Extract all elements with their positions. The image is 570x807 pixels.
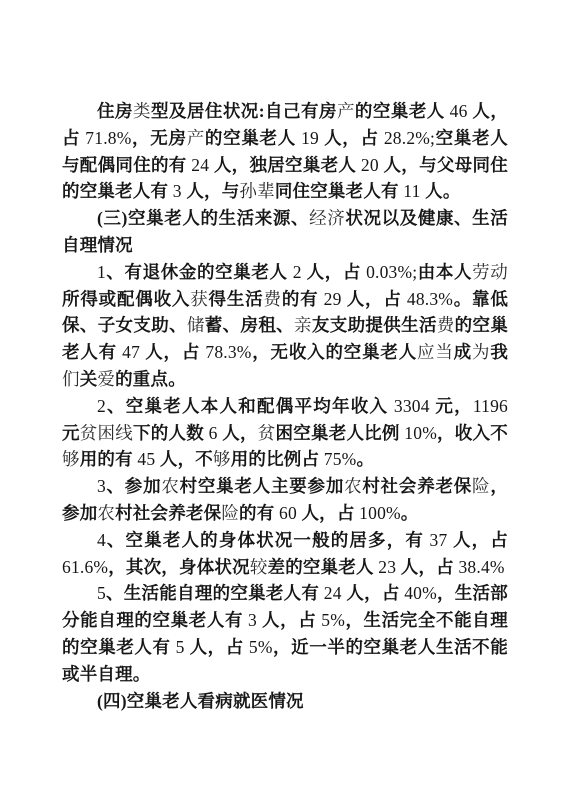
heading-section-four: (四)空巢老人看病就医情况 [62,688,508,715]
cjk-text: 的有 [282,289,319,309]
numeric-text: 1 [97,262,106,282]
numeric-text: 71.8% [80,128,131,148]
cjk-text: 贫 [258,423,276,443]
numeric-text: 78.3% [200,342,251,362]
cjk-text: ，收入不 [437,423,508,443]
cjk-text: 为 [472,342,490,362]
para-pension-insurance: 3、参加农村空巢老人主要参加农村社会养老保险，参加农村社会养老保险的有 60 人… [62,473,508,527]
numeric-text: 48.3% [402,289,453,309]
numeric-text: 40% [400,583,437,603]
numeric-text: 6 [204,423,222,443]
cjk-text: 成 [454,342,472,362]
numeric-text: 61.6% [62,557,108,577]
numeric-text: 38.4% [454,557,505,577]
numeric-text: 23 [374,557,401,577]
cjk-text: 的有 [239,503,274,523]
cjk-text: 元 [62,423,80,443]
numeric-text: 3 [168,181,186,201]
cjk-text: 人，不 [160,449,213,469]
numeric-text: 5 [171,637,190,657]
numeric-text: 1196 [473,396,508,416]
cjk-text: 关 [80,369,98,389]
cjk-text: 下的人数 [133,423,204,443]
numeric-text: 24 [187,155,214,175]
numeric-text: 3 [97,476,106,496]
cjk-text: 人，占 [324,128,379,148]
cjk-text: 产 [337,101,355,121]
numeric-text: 46 [445,101,473,121]
cjk-text: 经济 [309,208,345,228]
heading-section-three: (三)空巢老人的生活来源、经济状况以及健康、生活自理情况 [62,205,508,259]
cjk-text: 、空巢老人的身体状况一般的居多，有 [106,530,424,550]
cjk-text: 农 [97,503,115,523]
cjk-text: ，其次，身体状况 [108,557,250,577]
cjk-text: 。 [401,503,419,523]
cjk-text: 险 [472,476,490,496]
para-housing-status: 住房类型及居住状况:自己有房产的空巢老人 46 人，占 71.8%，无房产的空巢… [62,98,508,205]
cjk-text: 我 [490,342,508,362]
cjk-text: 同住空巢老人有 [275,181,399,201]
cjk-text: 人，与 [186,181,239,201]
cjk-text: 获 [190,289,208,309]
cjk-text: 所得或配偶收入 [62,289,190,309]
document-page: 住房类型及居住状况:自己有房产的空巢老人 46 人，占 71.8%，无房产的空巢… [0,0,570,807]
numeric-text: 3304 [388,396,435,416]
cjk-text: 困空巢老人比例 [275,423,399,443]
cjk-text: 人，独居空巢老人 [214,155,356,175]
numeric-text: 10% [400,423,437,443]
cjk-text: 人，占 [307,262,361,282]
cjk-text: 元， [435,396,473,416]
numeric-text: 45 [133,449,160,469]
cjk-text: 类 [133,101,151,121]
numeric-text: 20 [356,155,383,175]
numeric-text: 11 [399,181,425,201]
cjk-text: 人，占 [453,530,508,550]
numeric-text: 5% [316,610,345,630]
cjk-text: 由本人 [417,262,472,282]
numeric-text: 5% [244,637,273,657]
cjk-text: 人，占 [145,342,200,362]
cjk-text: 村空巢老人主要参加 [180,476,344,496]
cjk-text: 孙辈 [239,181,274,201]
cjk-text: 人。 [425,181,460,201]
cjk-text: 人，占 [401,557,454,577]
cjk-text: 农 [161,476,179,496]
cjk-text: 人，占 [347,289,402,309]
numeric-text: 75% [319,449,356,469]
cjk-text: 的空巢老人 [355,101,445,121]
cjk-text: 、参加 [106,476,161,496]
cjk-text: 、空巢老人本人和配偶平均年收入 [106,396,388,416]
cjk-text: 。 [356,449,374,469]
numeric-text: 5 [97,583,106,603]
numeric-text: 100% [355,503,401,523]
para-health-condition: 4、空巢老人的身体状况一般的居多，有 37 人，占 61.6%，其次，身体状况较… [62,527,508,581]
cjk-text: 人，占 [346,583,399,603]
cjk-text: 得生活 [209,289,264,309]
cjk-text: 用的比例占 [231,449,320,469]
cjk-text: 们 [62,369,80,389]
numeric-text: 4 [97,530,106,550]
cjk-text: ，无收入的空巢老人 [252,342,417,362]
numeric-text: 60 [274,503,301,523]
cjk-text: 够 [62,449,80,469]
numeric-text: 37 [424,530,453,550]
cjk-text: (三)空巢老人的生活来源、 [97,208,309,228]
cjk-text: 贫困线 [80,423,133,443]
cjk-text: 、有退休金的空巢老人 [106,262,288,282]
cjk-text: 储 [187,315,205,335]
numeric-text: 3 [243,610,262,630]
numeric-text: 29 [318,289,346,309]
cjk-text: 人，占 [190,637,244,657]
cjk-text: 人， [222,423,258,443]
cjk-text: 爱 [97,369,115,389]
cjk-text: 人，占 [262,610,316,630]
cjk-text: 住房 [97,101,133,121]
cjk-text: 较 [250,557,268,577]
cjk-text: 型及居住状况:自己有房 [151,101,337,121]
cjk-text: 村社会养老保 [362,476,472,496]
numeric-text: 28.2%; [379,128,435,148]
cjk-text: 费 [437,315,455,335]
cjk-text: 的重点。 [115,369,186,389]
numeric-text: 2 [288,262,307,282]
cjk-text: 人，占 [301,503,354,523]
cjk-text: 亲 [294,315,312,335]
cjk-text: 蓄、房租、 [205,315,294,335]
cjk-text: 、生活能自理的空巢老人有 [106,583,319,603]
para-income-source: 1、有退休金的空巢老人 2 人，占 0.03%;由本人劳动所得或配偶收入获得生活… [62,259,508,393]
numeric-text: 19 [296,128,324,148]
cjk-text: 村社会养老保 [115,503,221,523]
cjk-text: 险 [221,503,239,523]
numeric-text: 24 [319,583,346,603]
para-self-care: 5、生活能自理的空巢老人有 24 人，占 40%，生活部分能自理的空巢老人有 3… [62,580,508,687]
cjk-text: 的空巢老人 [205,128,296,148]
numeric-text: 0.03%; [361,262,417,282]
cjk-text: 农 [344,476,362,496]
cjk-text: 友支助提供生活 [312,315,437,335]
para-annual-income: 2、空巢老人本人和配偶平均年收入 3304 元，1196 元贫困线下的人数 6 … [62,393,508,473]
cjk-text: ，无房 [132,128,187,148]
document-body: 住房类型及居住状况:自己有房产的空巢老人 46 人，占 71.8%，无房产的空巢… [62,98,508,714]
cjk-text: 劳动 [472,262,508,282]
cjk-text: 用的有 [80,449,133,469]
cjk-text: 应当 [417,342,454,362]
numeric-text: 2 [97,396,106,416]
cjk-text: 费 [263,289,281,309]
numeric-text: 47 [117,342,145,362]
cjk-text: 产 [187,128,205,148]
cjk-text: (四)空巢老人看病就医情况 [97,691,304,711]
cjk-text: 够 [213,449,231,469]
cjk-text: 差的空巢老人 [268,557,374,577]
